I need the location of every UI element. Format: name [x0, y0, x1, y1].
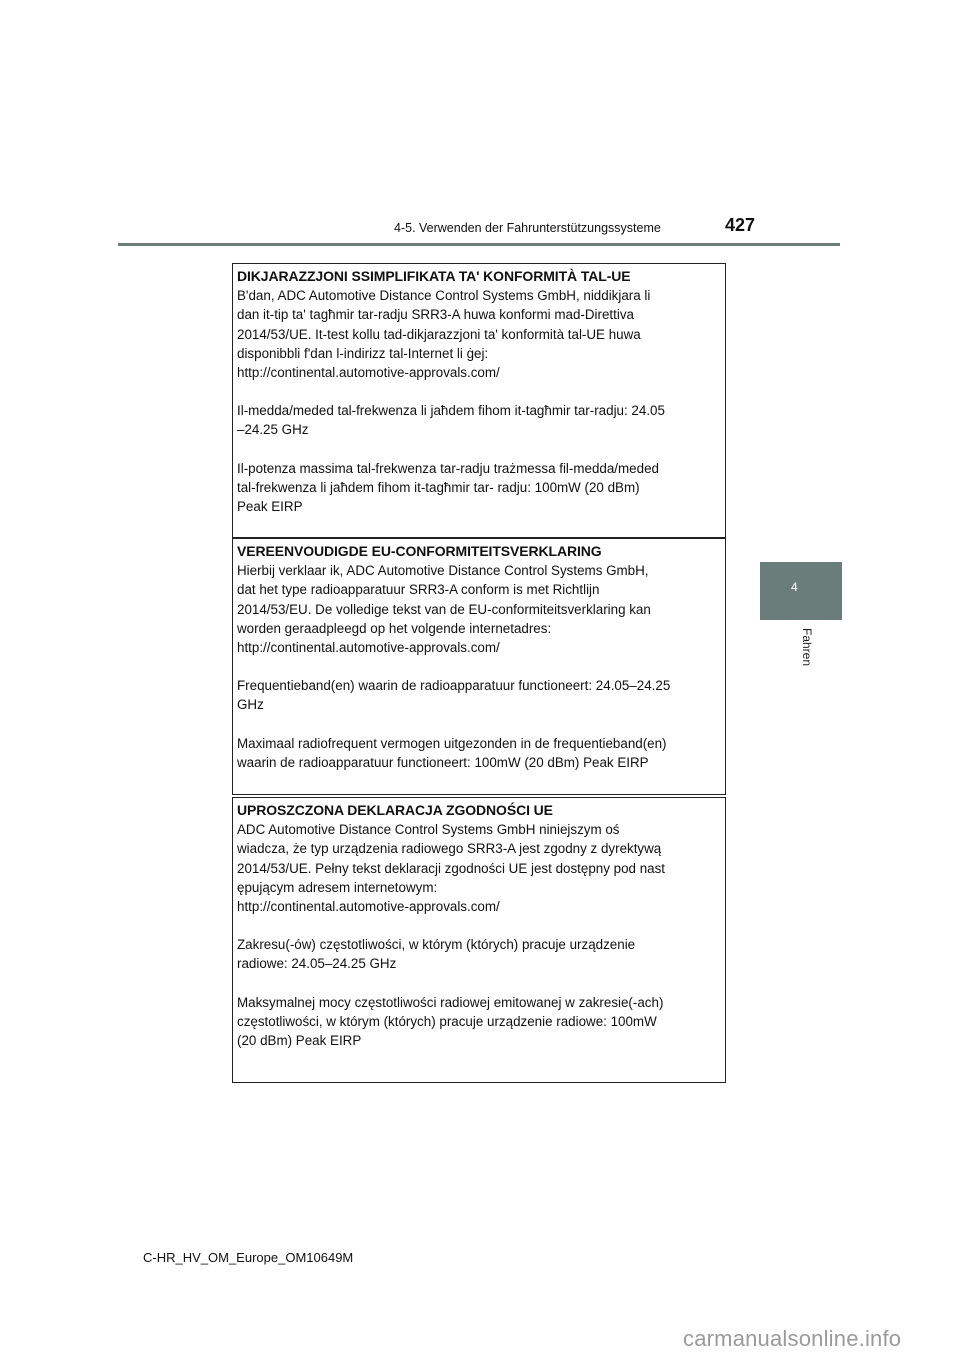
declaration-line: B'dan, ADC Automotive Distance Control S… [237, 286, 721, 305]
declaration-url[interactable]: http://continental.automotive-approvals.… [237, 363, 721, 382]
chapter-label-text: Fahren [800, 628, 814, 666]
frequency-line: –24.25 GHz [237, 420, 721, 439]
power-line: Maksymalnej mocy częstotliwości radiowej… [237, 993, 721, 1012]
declaration-url[interactable]: http://continental.automotive-approvals.… [237, 897, 721, 916]
document-code: C-HR_HV_OM_Europe_OM10649M [143, 1250, 353, 1265]
power-line: Maximaal radiofrequent vermogen uitgezon… [237, 734, 721, 753]
power-line: częstotliwości, w którym (których) pracu… [237, 1012, 721, 1031]
chapter-tab-number: 4 [791, 580, 798, 594]
section-title: 4-5. Verwenden der Fahrunterstützungssys… [394, 221, 661, 235]
power-line: (20 dBm) Peak EIRP [237, 1031, 721, 1050]
declaration-box-polish: UPROSZCZONA DEKLARACJA ZGODNOŚCI UE ADC … [232, 797, 726, 1083]
chapter-label: Fahren [800, 628, 814, 688]
declaration-line: ępującym adresem internetowym: [237, 878, 721, 897]
declaration-url[interactable]: http://continental.automotive-approvals.… [237, 638, 721, 657]
declaration-line: worden geraadpleegd op het volgende inte… [237, 619, 721, 638]
declaration-line: ADC Automotive Distance Control Systems … [237, 820, 721, 839]
header-divider [118, 243, 840, 246]
declaration-line: 2014/53/EU. De volledige tekst van de EU… [237, 600, 721, 619]
frequency-line: GHz [237, 695, 721, 714]
frequency-line: Zakresu(-ów) częstotliwości, w którym (k… [237, 935, 721, 954]
declaration-title: VEREENVOUDIGDE EU-CONFORMITEITSVERKLARIN… [237, 542, 721, 561]
declaration-line: Hierbij verklaar ik, ADC Automotive Dist… [237, 561, 721, 580]
power-line: Il-potenza massima tal-frekwenza tar-rad… [237, 459, 721, 478]
power-line: tal-frekwenza li jaħdem fihom it-tagħmir… [237, 478, 721, 497]
page-number: 427 [725, 215, 755, 236]
declaration-line: wiadcza, że typ urządzenia radiowego SRR… [237, 839, 721, 858]
chapter-tab[interactable] [760, 562, 842, 620]
declaration-line: dat het type radioapparatuur SRR3-A conf… [237, 580, 721, 599]
power-line: Peak EIRP [237, 497, 721, 516]
declaration-line: dan it-tip ta' tagħmir tar-radju SRR3-A … [237, 305, 721, 324]
declaration-box-dutch: VEREENVOUDIGDE EU-CONFORMITEITSVERKLARIN… [232, 538, 726, 795]
declaration-line: 2014/53/UE. Pełny tekst deklaracji zgodn… [237, 859, 721, 878]
frequency-line: Il-medda/meded tal-frekwenza li jaħdem f… [237, 401, 721, 420]
declaration-line: disponibbli f'dan l-indirizz tal-Interne… [237, 344, 721, 363]
frequency-line: Frequentieband(en) waarin de radioappara… [237, 676, 721, 695]
declaration-line: 2014/53/UE. It-test kollu tad-dikjarazzj… [237, 325, 721, 344]
power-line: waarin de radioapparatuur functioneert: … [237, 753, 721, 772]
declaration-title: UPROSZCZONA DEKLARACJA ZGODNOŚCI UE [237, 801, 721, 820]
declaration-title: DIKJARAZZJONI SSIMPLIFIKATA TA' KONFORMI… [237, 267, 721, 286]
frequency-line: radiowe: 24.05–24.25 GHz [237, 954, 721, 973]
declaration-box-maltese: DIKJARAZZJONI SSIMPLIFIKATA TA' KONFORMI… [232, 263, 726, 538]
watermark: carmanualsonline.info [683, 1326, 901, 1352]
